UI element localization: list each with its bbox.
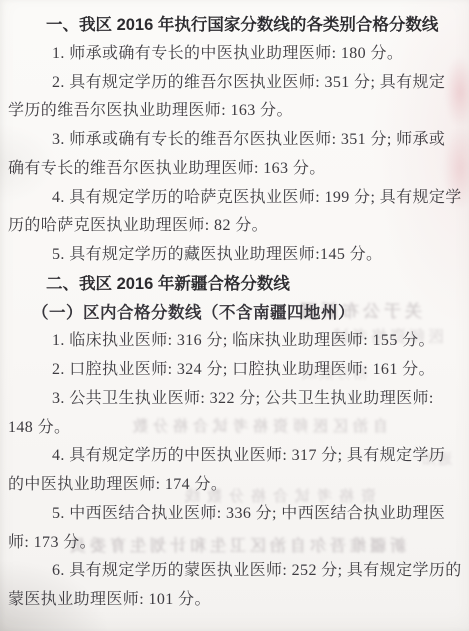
text-line: 师: 173 分。 [8,529,462,558]
text-line: 2. 口腔执业医师: 324 分; 口腔执业助理医师: 161 分。 [8,356,462,385]
text-line: 学历的维吾尔医执业助理医师: 163 分。 [8,97,462,126]
text-line: 5. 具有规定学历的藏医执业助理医师:145 分。 [8,241,462,270]
text-line: 1. 临床执业医师: 316 分; 临床执业助理医师: 155 分。 [8,327,462,356]
text-line: 1. 师承或确有专长的中医执业助理医师: 180 分。 [8,40,462,69]
text-line: 4. 具有规定学历的哈萨克医执业医师: 199 分; 具有规定学 [8,184,462,213]
text-line: 4. 具有规定学历的中医执业医师: 317 分; 具有规定学历 [8,442,462,471]
text-line: 确有专长的维吾尔医执业助理医师: 163 分。 [8,155,462,184]
text-line: 的中医执业助理医师: 174 分。 [8,471,462,500]
text-line: 148 分。 [8,414,462,443]
scanned-document-page: 关于公布新疆 医师资格考试 格分数线 自治区医师资格考试合格分数 通知 资格考试… [0,0,469,631]
section-2-heading: 二、我区 2016 年新疆合格分数线 [8,270,462,299]
text-line: 2. 具有规定学历的维吾尔医执业医师: 351 分; 具有规定 [8,69,462,98]
text-line: 蒙医执业助理医师: 101 分。 [8,586,462,615]
text-line: 5. 中西医结合执业医师: 336 分; 中西医结合执业助理医 [8,500,462,529]
subsection-heading: （一）区内合格分数线（不含南疆四地州） [8,299,462,328]
document-text-column: 一、我区 2016 年执行国家分数线的各类别合格分数线 1. 师承或确有专长的中… [0,0,469,615]
text-line: 3. 师承或确有专长的维吾尔医执业医师: 351 分; 师承或 [8,126,462,155]
text-line: 6. 具有规定学历的蒙医执业医师: 252 分; 具有规定学历的 [8,557,462,586]
section-1-heading: 一、我区 2016 年执行国家分数线的各类别合格分数线 [8,11,462,40]
text-line: 历的哈萨克医执业助理医师: 82 分。 [8,212,462,241]
text-line: 3. 公共卫生执业医师: 322 分; 公共卫生执业助理医师: [8,385,462,414]
